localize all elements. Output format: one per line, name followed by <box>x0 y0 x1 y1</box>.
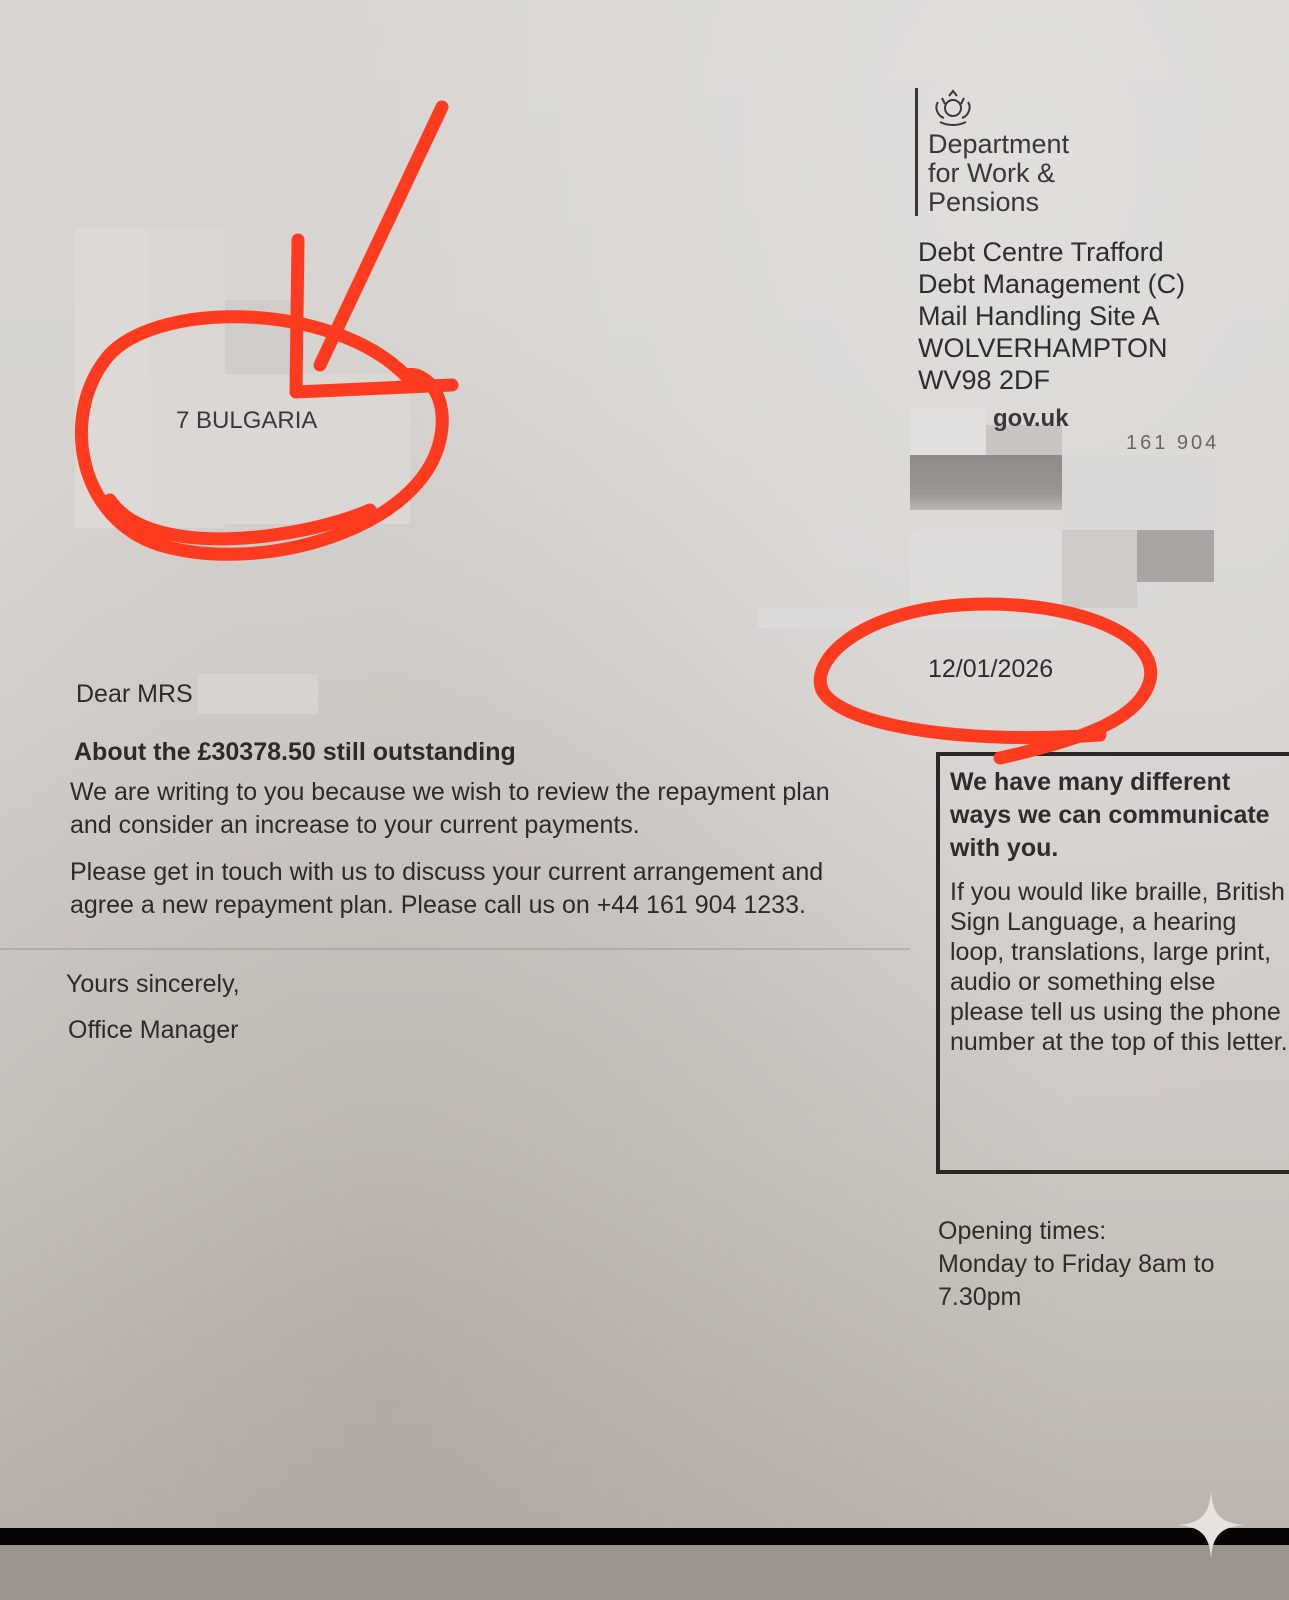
bottom-strip <box>0 1545 1289 1600</box>
letter-date: 12/01/2026 <box>928 655 1053 684</box>
royal-coat-of-arms-icon <box>930 88 976 128</box>
redaction-block <box>910 530 1062 608</box>
recipient-country: 7 BULGARIA <box>176 407 317 435</box>
letter-subject: About the £30378.50 still outstanding <box>74 738 516 767</box>
redaction-block <box>758 608 1058 628</box>
paper-fold-crease <box>0 948 910 950</box>
bottom-black-band <box>0 1528 1289 1545</box>
accessibility-box: We have many different ways we can commu… <box>936 752 1289 1174</box>
department-line: Department <box>928 130 1069 159</box>
redaction-block <box>198 674 318 714</box>
address-line: WOLVERHAMPTON <box>918 332 1185 364</box>
signoff: Yours sincerely, <box>66 970 240 999</box>
address-line: Mail Handling Site A <box>918 300 1185 332</box>
opening-times-hours: Monday to Friday 8am to 7.30pm <box>938 1248 1268 1314</box>
department-line: for Work & <box>928 159 1069 188</box>
department-line: Pensions <box>928 188 1069 217</box>
redaction-block <box>1062 530 1137 608</box>
website-partial: gov.uk <box>993 405 1069 433</box>
redaction-block <box>910 455 1062 510</box>
sender-address: Debt Centre Trafford Debt Management (C)… <box>918 236 1185 396</box>
address-line: Debt Centre Trafford <box>918 236 1185 268</box>
accessibility-body: If you would like braille, British Sign … <box>950 877 1289 1057</box>
redaction-block <box>1062 455 1214 530</box>
address-line: Debt Management (C) <box>918 268 1185 300</box>
phone-partial: 161 904 <box>1126 432 1219 455</box>
opening-times-label: Opening times: <box>938 1215 1268 1248</box>
paragraph: Please get in touch with us to discuss y… <box>70 856 880 922</box>
redaction-block <box>75 228 150 528</box>
redaction-block <box>225 300 300 374</box>
redaction-block <box>1137 530 1214 582</box>
department-name: Department for Work & Pensions <box>928 130 1069 217</box>
opening-times: Opening times: Monday to Friday 8am to 7… <box>938 1215 1268 1314</box>
salutation: Dear MRS <box>76 680 193 709</box>
redaction-block <box>910 408 986 456</box>
accessibility-heading: We have many different ways we can commu… <box>950 766 1289 865</box>
sparkle-icon <box>1176 1490 1246 1560</box>
address-line: WV98 2DF <box>918 364 1185 396</box>
logo-divider <box>915 88 918 216</box>
signer-title: Office Manager <box>68 1016 238 1045</box>
redaction-block <box>150 374 410 524</box>
paragraph: We are writing to you because we wish to… <box>70 776 870 842</box>
